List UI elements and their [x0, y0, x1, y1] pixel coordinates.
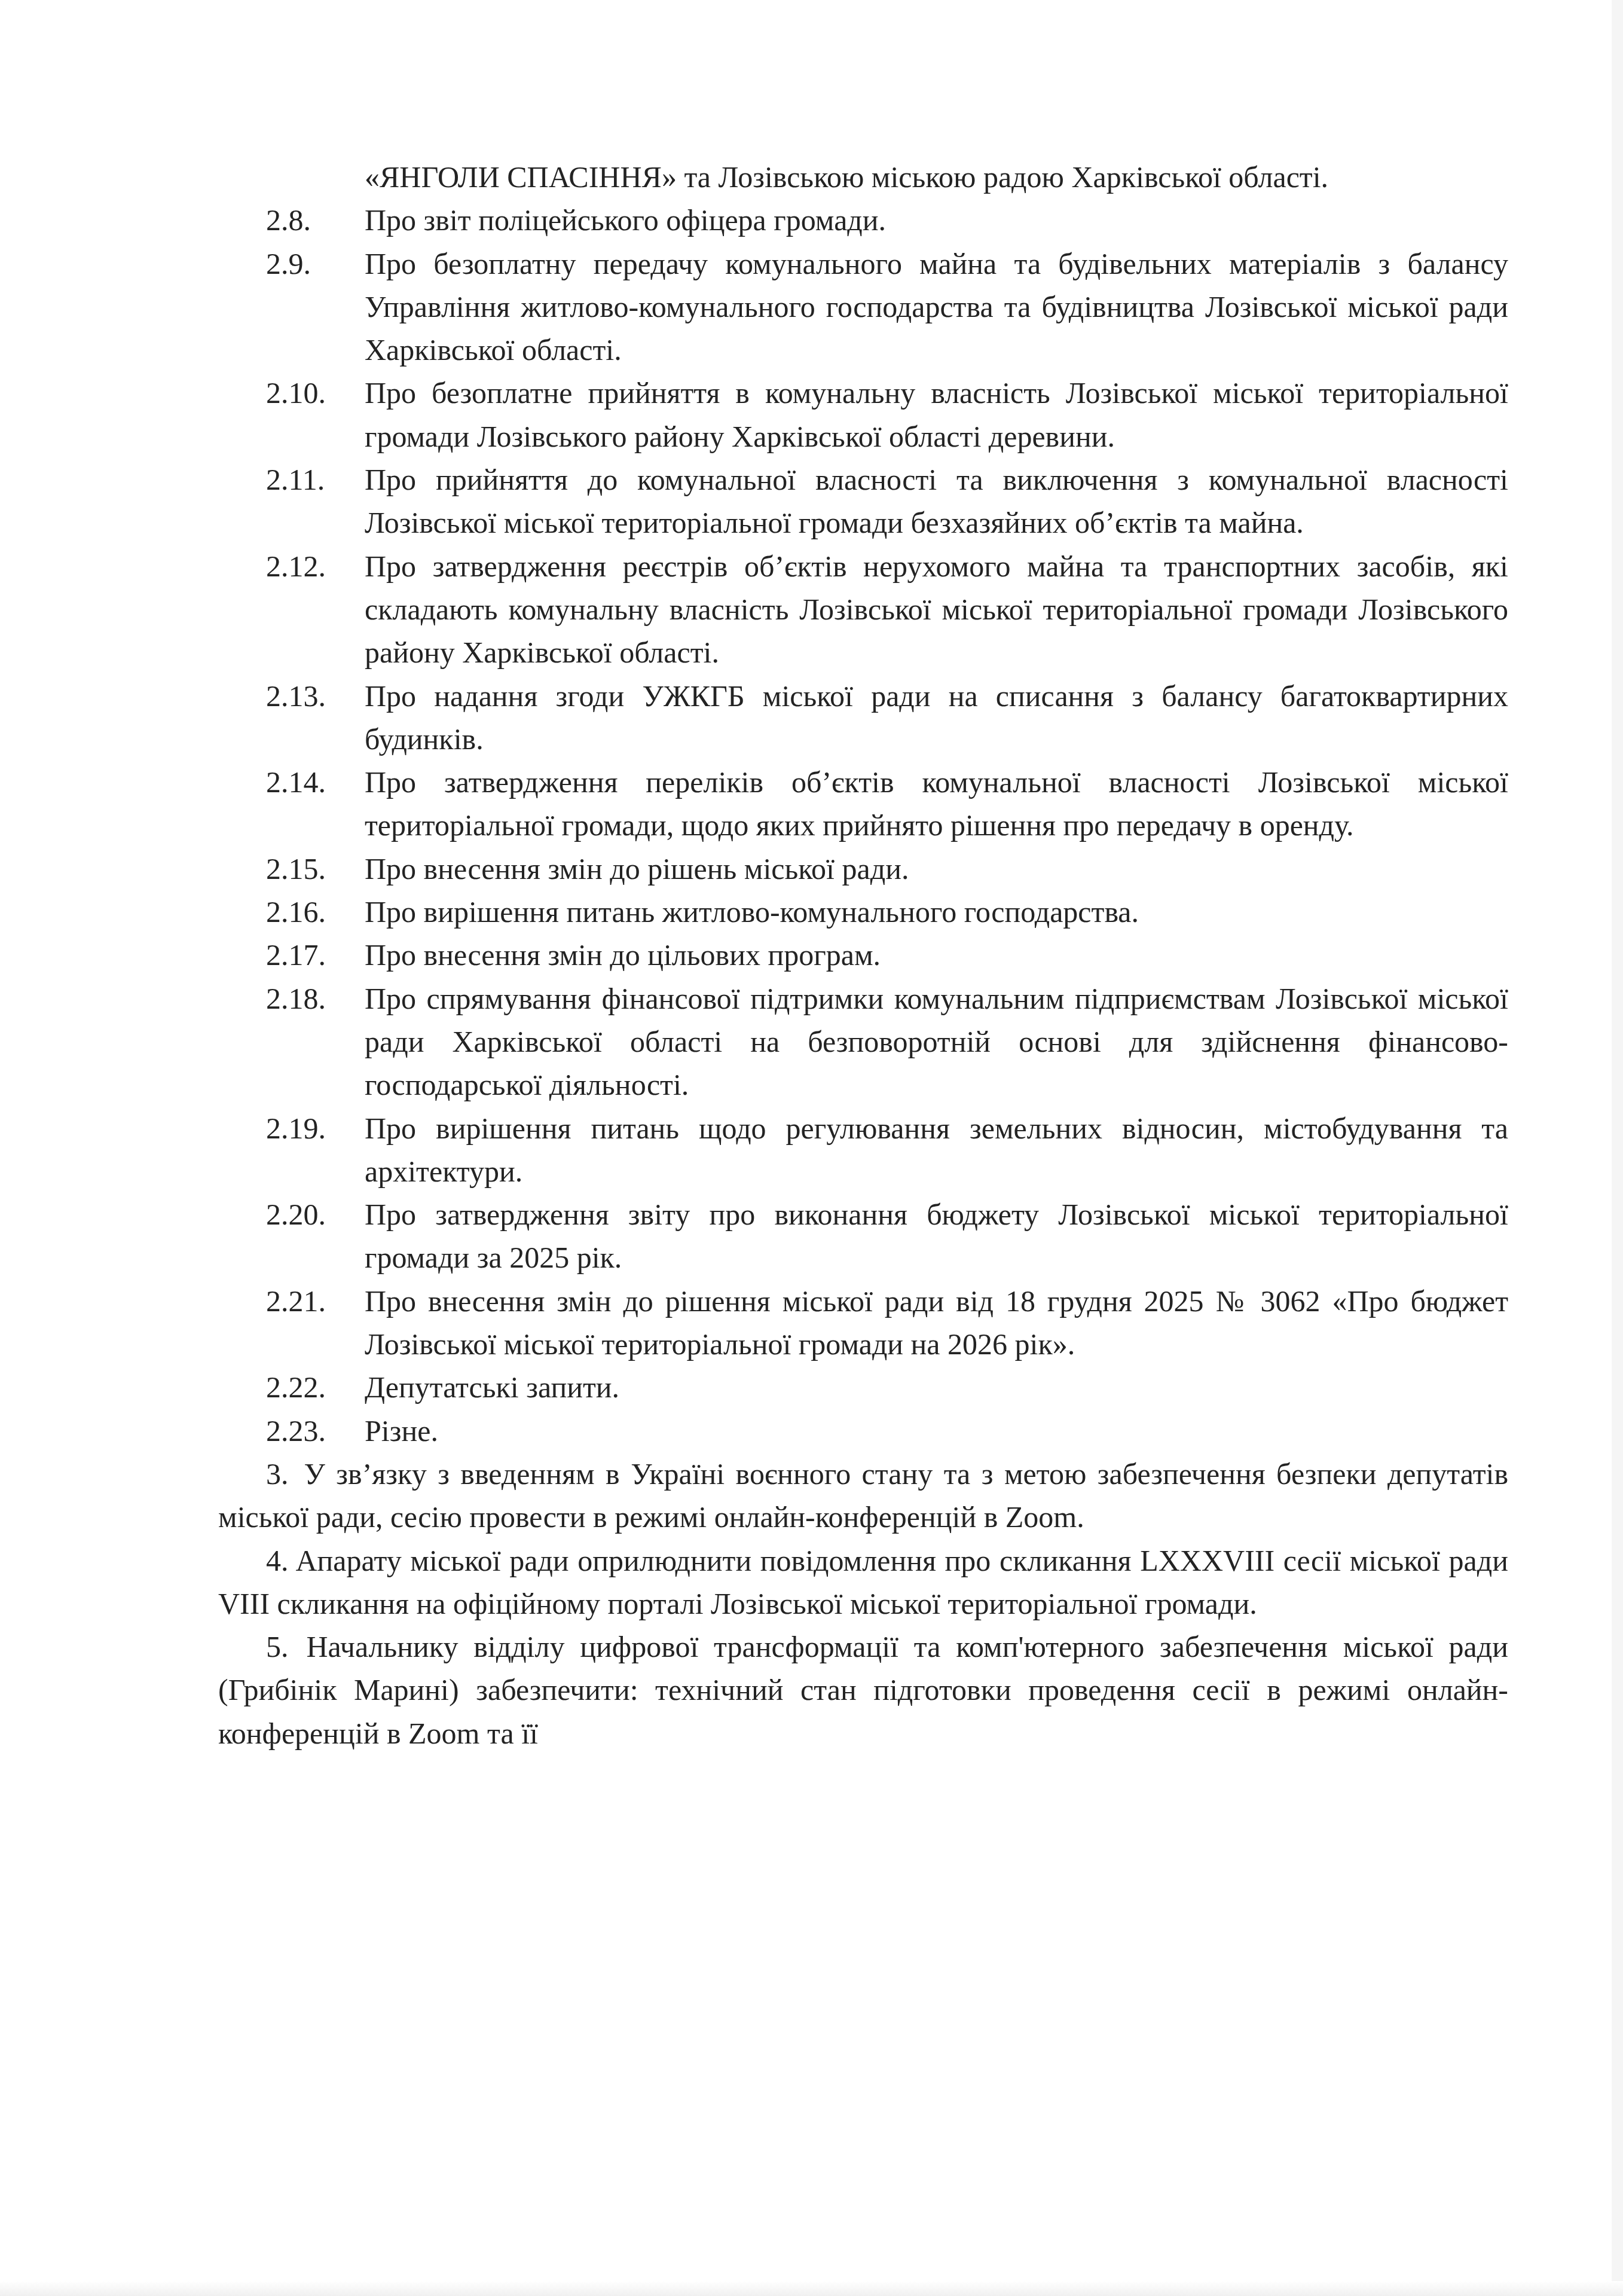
agenda-item-number: 2.9.: [266, 242, 311, 285]
agenda-item-text: Про безоплатну передачу комунального май…: [365, 247, 1508, 367]
agenda-item-number: 2.11.: [266, 458, 325, 501]
agenda-item-number: 2.17.: [266, 933, 326, 976]
scan-edge-bottom: [0, 2281, 1623, 2296]
numbered-paragraph: 4.Апарату міської ради оприлюднити повід…: [218, 1539, 1508, 1626]
agenda-list: 2.8.Про звіт поліцейського офіцера грома…: [218, 199, 1508, 1452]
agenda-item-text: Про затвердження переліків об’єктів кому…: [365, 765, 1508, 842]
agenda-item-text: «ЯНГОЛИ СПАСІННЯ» та Лозівською міською …: [365, 160, 1328, 194]
agenda-item-text: Про затвердження звіту про виконання бюд…: [365, 1198, 1508, 1274]
agenda-item-text: Про вирішення питань житлово-комунальног…: [365, 895, 1139, 929]
paragraph-number: 5.: [266, 1630, 289, 1663]
agenda-item-number: 2.21.: [266, 1280, 326, 1323]
paragraph-list: 3.У зв’язку з введенням в Україні воєнно…: [218, 1452, 1508, 1755]
agenda-item-text: Про вирішення питань щодо регулювання зе…: [365, 1112, 1508, 1188]
agenda-item: 2.20.Про затвердження звіту про виконанн…: [218, 1193, 1508, 1280]
agenda-item-text: Про спрямування фінансової підтримки ком…: [365, 982, 1508, 1102]
paragraph-text: Начальнику відділу цифрової трансформаці…: [218, 1630, 1508, 1750]
agenda-item: 2.13.Про надання згоди УЖКГБ міської рад…: [218, 674, 1508, 761]
agenda-item-text: Про внесення змін до рішень міської ради…: [365, 852, 909, 886]
paragraph-number: 4.: [266, 1544, 289, 1577]
agenda-item: 2.14.Про затвердження переліків об’єктів…: [218, 761, 1508, 847]
agenda-item-number: 2.12.: [266, 545, 326, 588]
agenda-item-text: Різне.: [365, 1414, 438, 1448]
agenda-item: 2.11.Про прийняття до комунальної власно…: [218, 458, 1508, 545]
agenda-item-text: Про затвердження реєстрів об’єктів нерух…: [365, 549, 1508, 670]
agenda-item: 2.16.Про вирішення питань житлово-комуна…: [218, 890, 1508, 933]
agenda-item: 2.17.Про внесення змін до цільових прогр…: [218, 933, 1508, 976]
agenda-item-text: Про внесення змін до рішення міської рад…: [365, 1284, 1508, 1361]
agenda-item: 2.15.Про внесення змін до рішень міської…: [218, 847, 1508, 890]
agenda-item-number: 2.10.: [266, 371, 326, 414]
agenda-item: 2.22.Депутатські запити.: [218, 1366, 1508, 1409]
agenda-item-number: 2.16.: [266, 890, 326, 933]
agenda-item-number: 2.13.: [266, 674, 326, 717]
numbered-paragraph: 3.У зв’язку з введенням в Україні воєнно…: [218, 1452, 1508, 1539]
agenda-item: 2.18.Про спрямування фінансової підтримк…: [218, 977, 1508, 1107]
scan-edge-right: [1612, 0, 1623, 2296]
document-page: «ЯНГОЛИ СПАСІННЯ» та Лозівською міською …: [0, 0, 1623, 2296]
agenda-item-number: 2.23.: [266, 1409, 326, 1452]
agenda-item-continuation: «ЯНГОЛИ СПАСІННЯ» та Лозівською міською …: [218, 155, 1508, 199]
agenda-item-text: Про звіт поліцейського офіцера громади.: [365, 203, 886, 237]
agenda-item: 2.23.Різне.: [218, 1409, 1508, 1452]
agenda-item: 2.12.Про затвердження реєстрів об’єктів …: [218, 545, 1508, 674]
document-body: «ЯНГОЛИ СПАСІННЯ» та Лозівською міською …: [218, 155, 1508, 1755]
agenda-item-text: Про внесення змін до цільових програм.: [365, 938, 881, 972]
paragraph-number: 3.: [266, 1457, 289, 1491]
agenda-item: 2.10.Про безоплатне прийняття в комуналь…: [218, 371, 1508, 458]
paragraph-text: У зв’язку з введенням в Україні воєнного…: [218, 1457, 1508, 1534]
agenda-item: 2.9.Про безоплатну передачу комунального…: [218, 242, 1508, 372]
agenda-item-text: Депутатські запити.: [365, 1370, 619, 1404]
agenda-item-number: 2.22.: [266, 1366, 326, 1409]
agenda-item-number: 2.8.: [266, 199, 311, 242]
agenda-item-text: Про безоплатне прийняття в комунальну вл…: [365, 376, 1508, 453]
agenda-item-text: Про прийняття до комунальної власності т…: [365, 463, 1508, 539]
agenda-item-text: Про надання згоди УЖКГБ міської ради на …: [365, 679, 1508, 756]
agenda-item-number: 2.20.: [266, 1193, 326, 1236]
paragraph-text: Апарату міської ради оприлюднити повідом…: [218, 1544, 1508, 1620]
agenda-item: 2.8.Про звіт поліцейського офіцера грома…: [218, 199, 1508, 242]
agenda-item: 2.19.Про вирішення питань щодо регулюван…: [218, 1107, 1508, 1193]
agenda-item-number: 2.19.: [266, 1107, 326, 1150]
agenda-item: 2.21.Про внесення змін до рішення місько…: [218, 1280, 1508, 1366]
agenda-item-number: 2.14.: [266, 761, 326, 804]
agenda-item-number: 2.15.: [266, 847, 326, 890]
numbered-paragraph: 5.Начальнику відділу цифрової трансформа…: [218, 1625, 1508, 1755]
agenda-item-number: 2.18.: [266, 977, 326, 1020]
